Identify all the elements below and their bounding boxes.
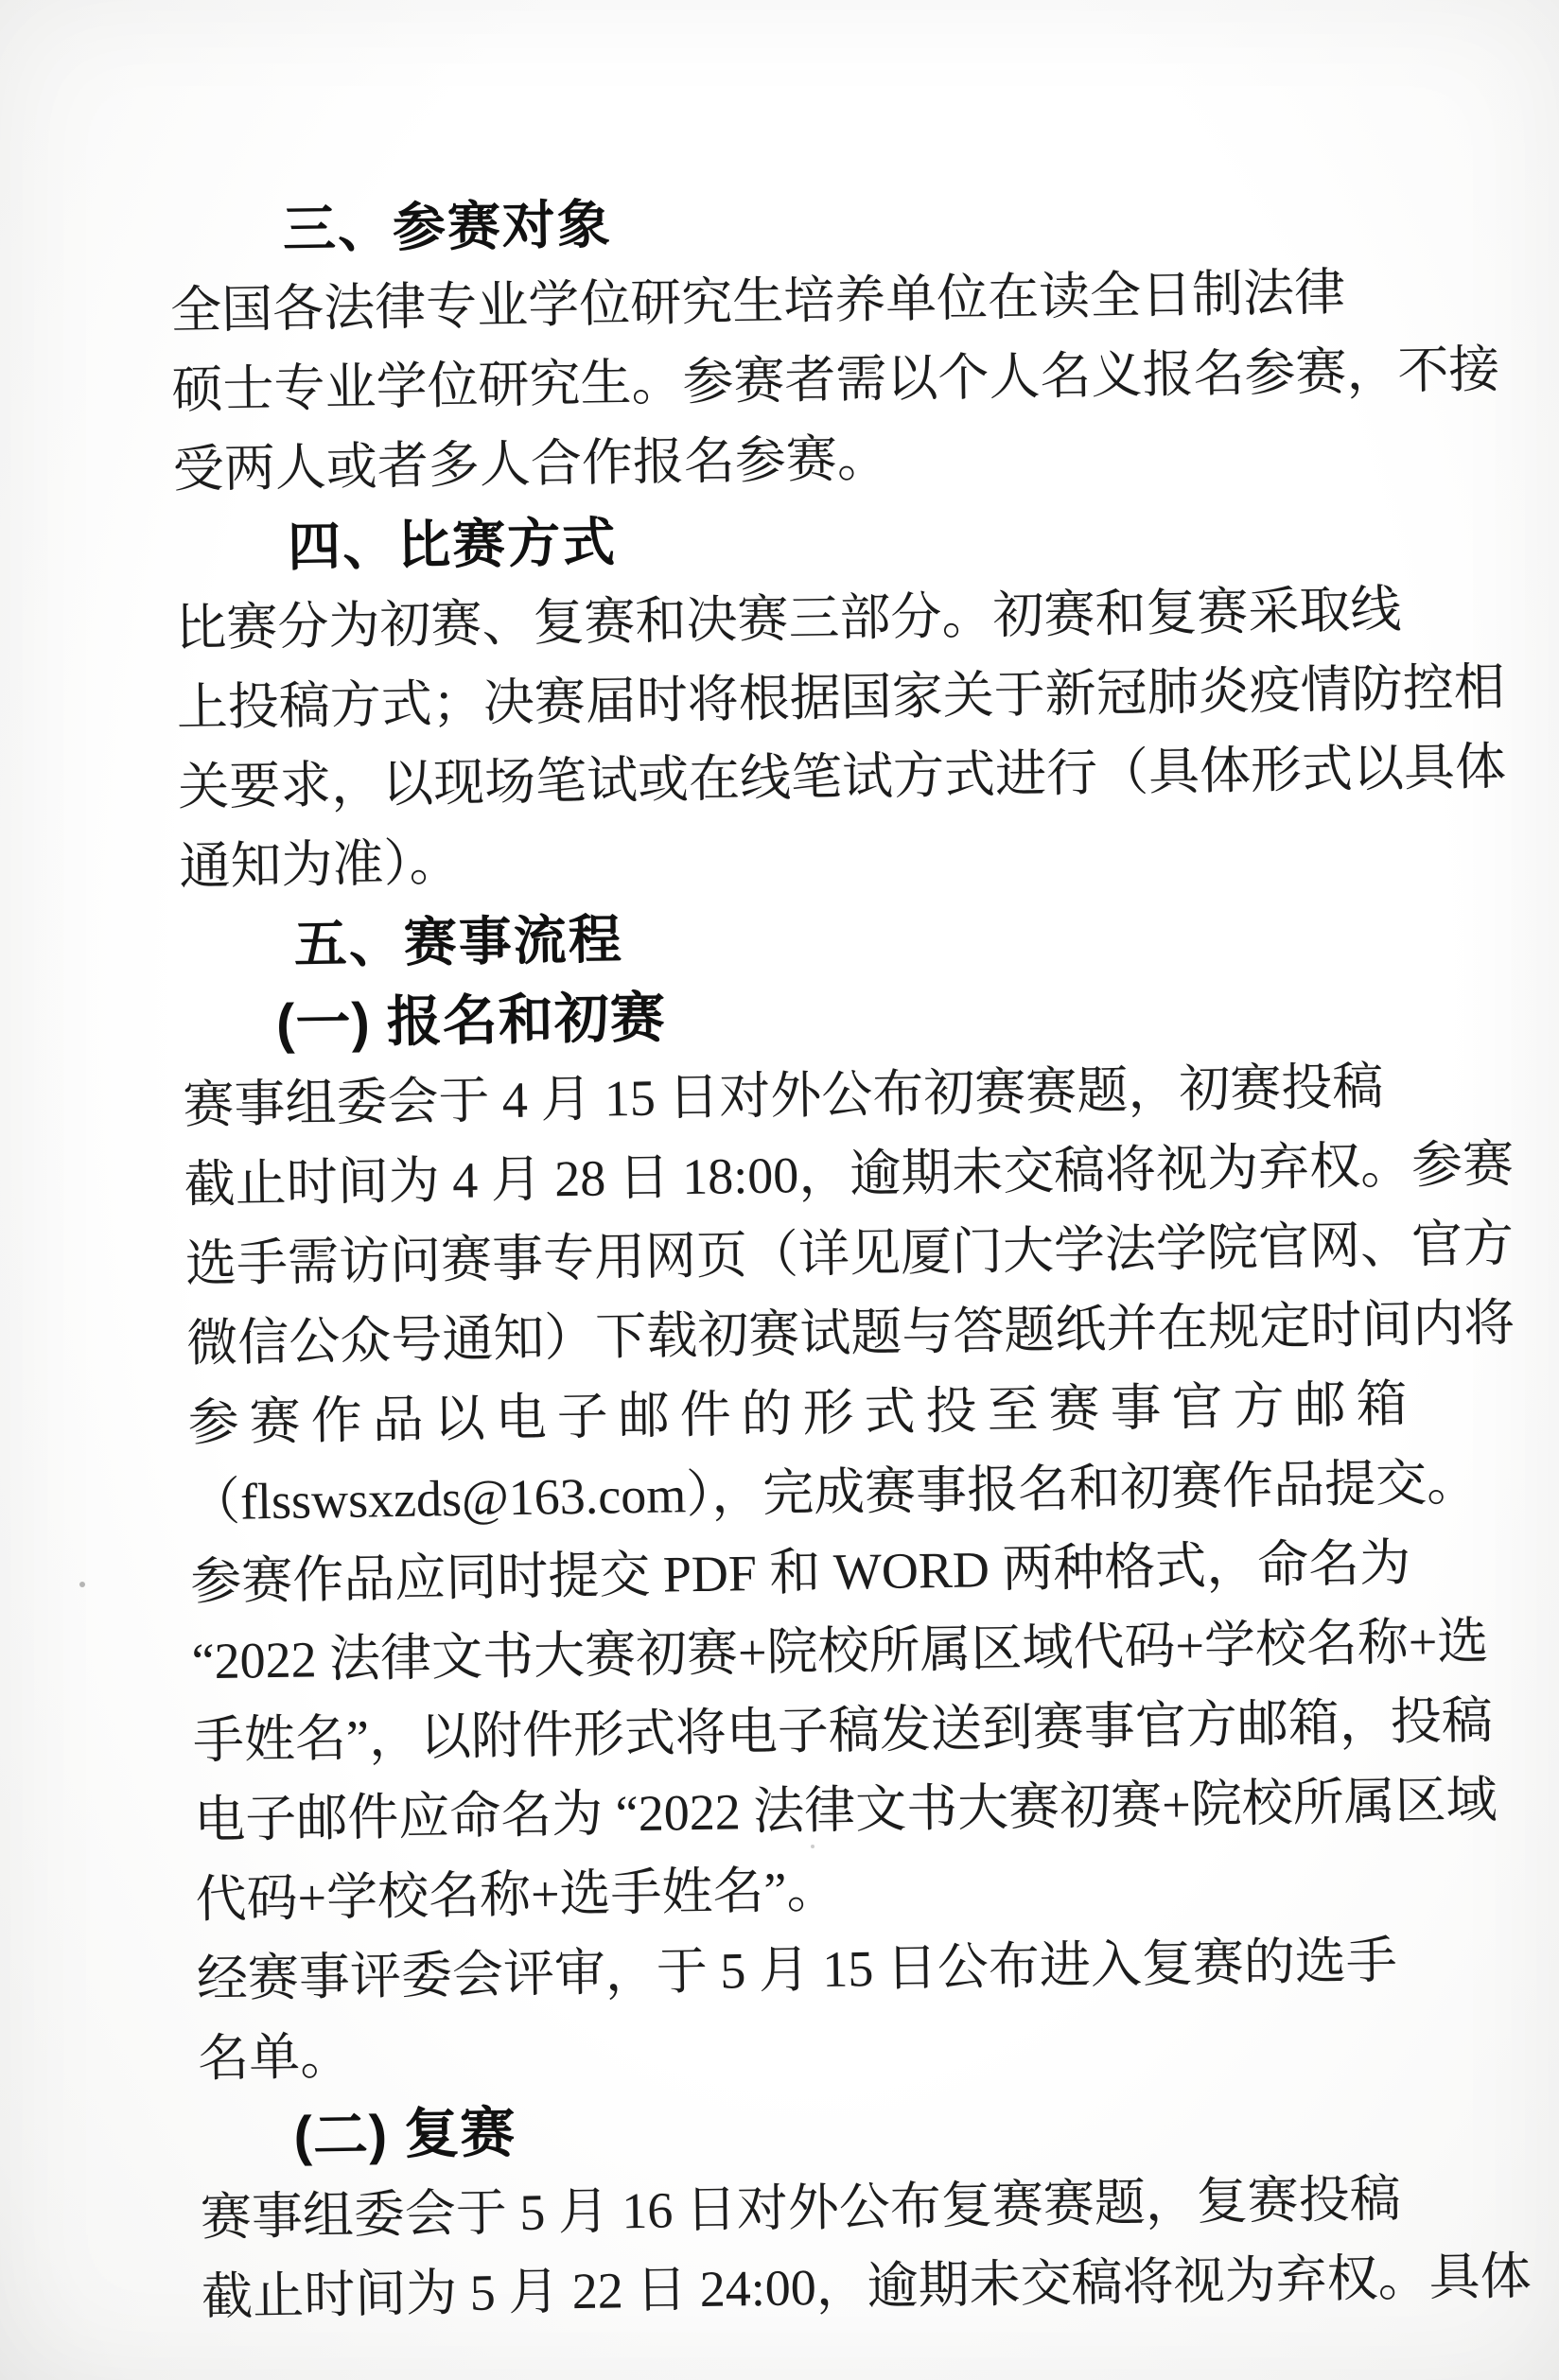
document-page: 三、参赛对象 全国各法律专业学位研究生培养单位在读全日制法律 硕士专业学位研究生… [0,0,1559,2380]
scan-speck-artifact [811,1845,815,1848]
scan-speck-artifact [79,1582,85,1587]
document-body: 三、参赛对象 全国各法律专业学位研究生培养单位在读全日制法律 硕士专业学位研究生… [168,172,1460,2337]
